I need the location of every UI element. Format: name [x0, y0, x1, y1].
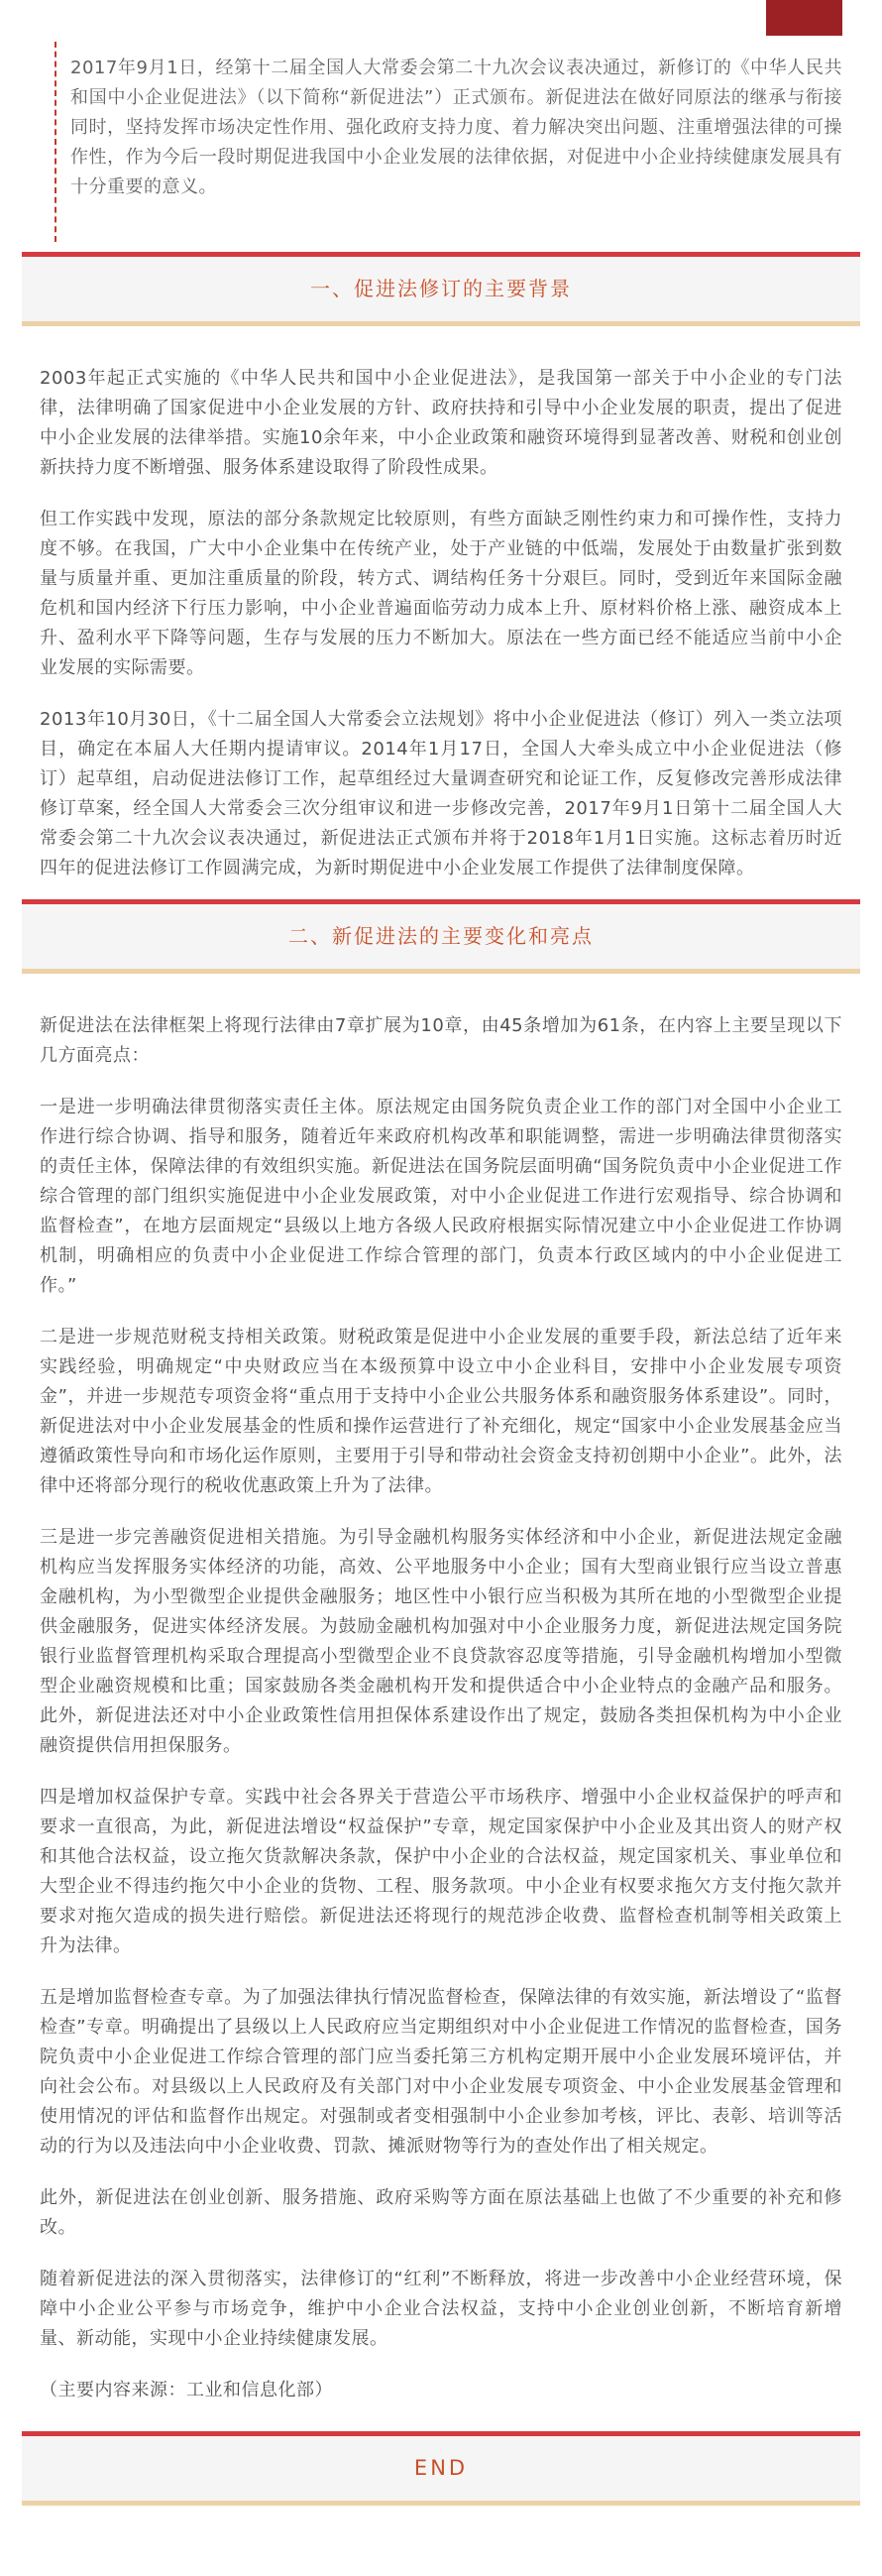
decor-red-square — [766, 0, 842, 36]
footer-content: （主要内容来源：工业和信息化部） — [40, 2376, 842, 2405]
paragraph: 但工作实践中发现，原法的部分条款规定比较原则，有些方面缺乏刚性约束力和可操作性，… — [40, 505, 842, 683]
article-page: 2017年9月1日，经第十二届全国人大常委会第二十九次会议表决通过，新修订的《中… — [0, 0, 882, 2576]
paragraph: 2003年起正式实施的《中华人民共和国中小企业促进法》，是我国第一部关于中小企业… — [40, 364, 842, 483]
end-band: END — [22, 2431, 860, 2506]
section-2-title: 二、新促进法的主要变化和亮点 — [22, 924, 860, 949]
paragraph: 四是增加权益保护专章。实践中社会各界关于营造公平市场秩序、增强中小企业权益保护的… — [40, 1783, 842, 1961]
source-note: （主要内容来源：工业和信息化部） — [40, 2376, 842, 2405]
paragraph: 三是进一步完善融资促进相关措施。为引导金融机构服务实体经济和中小企业，新促进法规… — [40, 1523, 842, 1761]
end-label: END — [22, 2456, 860, 2481]
intro-paragraph: 2017年9月1日，经第十二届全国人大常委会第二十九次会议表决通过，新修订的《中… — [55, 42, 842, 242]
paragraph: 此外，新促进法在创业创新、服务措施、政府采购等方面在原法基础上也做了不少重要的补… — [40, 2183, 842, 2243]
paragraph: 二是进一步规范财税支持相关政策。财税政策是促进中小企业发展的重要手段，新法总结了… — [40, 1323, 842, 1501]
paragraph: 新促进法在法律框架上将现行法律由7章扩展为10章，由45条增加为61条，在内容上… — [40, 1011, 842, 1071]
paragraph: 一是进一步明确法律贯彻落实责任主体。原法规定由国务院负责企业工作的部门对全国中小… — [40, 1093, 842, 1301]
section-1-title: 一、促进法修订的主要背景 — [22, 277, 860, 301]
section-1-header-band: 一、促进法修订的主要背景 — [22, 252, 860, 326]
paragraph: 随着新促进法的深入贯彻落实，法律修订的“红利”不断释放，将进一步改善中小企业经营… — [40, 2265, 842, 2354]
paragraph: 2013年10月30日，《十二届全国人大常委会立法规划》将中小企业促进法（修订）… — [40, 705, 842, 883]
section-1-content: 2003年起正式实施的《中华人民共和国中小企业促进法》，是我国第一部关于中小企业… — [40, 364, 842, 883]
section-2-content: 新促进法在法律框架上将现行法律由7章扩展为10章，由45条增加为61条，在内容上… — [40, 1011, 842, 2354]
paragraph: 五是增加监督检查专章。为了加强法律执行情况监督检查，保障法律的有效实施，新法增设… — [40, 1983, 842, 2162]
section-2-header-band: 二、新促进法的主要变化和亮点 — [22, 899, 860, 974]
